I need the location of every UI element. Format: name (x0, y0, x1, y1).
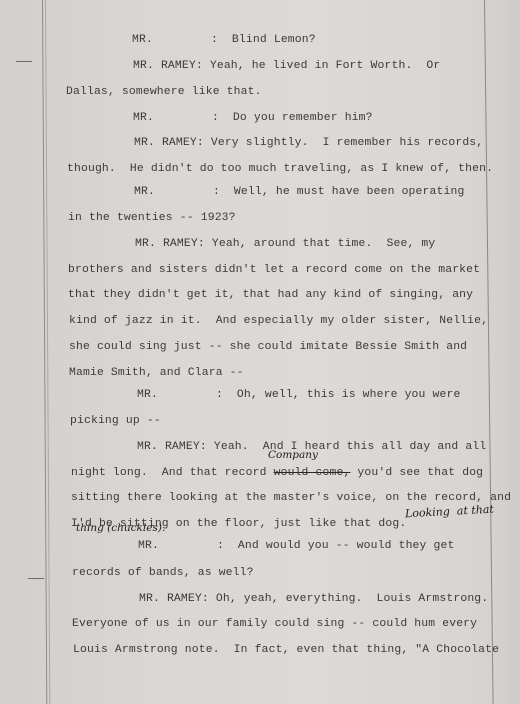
transcript-line: MR.: Well, he must have been operating (134, 186, 464, 198)
handwritten-note: Looking at that (405, 503, 494, 521)
speaker-label: MR. RAMEY: (134, 137, 204, 149)
transcript-line: MR.: Oh, well, this is where you were (137, 389, 460, 401)
margin-mark (16, 61, 32, 62)
transcript-line: she could sing just -- she could imitate… (69, 341, 467, 353)
transcript-line: Dallas, somewhere like that. (66, 86, 262, 98)
speech-text: Very slightly. I remember his records, (204, 137, 483, 149)
transcript-line: though. He didn't do too much traveling,… (67, 163, 493, 175)
speaker-label: MR. (138, 540, 159, 552)
speech-text: Yeah, around that time. See, my (205, 238, 436, 250)
struck-text: would come, (274, 467, 351, 479)
transcript-line: MR. RAMEY: Oh, yeah, everything. Louis A… (139, 593, 488, 605)
speech-text: : Well, he must have been operating (155, 186, 464, 198)
speech-text: Yeah. And I heard this all day and all (207, 441, 486, 453)
transcript-line: MR. RAMEY: Yeah, he lived in Fort Worth.… (133, 60, 440, 72)
transcript-line: in the twenties -- 1923? (68, 212, 236, 224)
speaker-label: MR. RAMEY: (137, 441, 207, 453)
speaker-label: MR. (132, 34, 153, 46)
speaker-label: MR. (133, 112, 154, 124)
speech-text: : Blind Lemon? (153, 34, 316, 46)
speaker-label: MR. (134, 186, 155, 198)
transcript-line: MR.: Do you remember him? (133, 112, 373, 124)
speaker-label: MR. RAMEY: (139, 593, 209, 605)
transcript-line: sitting there looking at the master's vo… (71, 492, 511, 504)
transcript-line: MR.: And would you -- would they get (138, 540, 454, 552)
transcript-line: records of bands, as well? (72, 567, 254, 579)
transcript-line: MR. RAMEY: Very slightly. I remember his… (134, 137, 483, 149)
speech-text: Yeah, he lived in Fort Worth. Or (203, 60, 441, 72)
handwritten-note-cont: thing (chuckles). (76, 522, 165, 534)
transcript-line: MR. RAMEY: Yeah, around that time. See, … (135, 238, 435, 250)
transcript-line: Louis Armstrong note. In fact, even that… (73, 644, 499, 656)
speech-text: : Do you remember him? (154, 112, 373, 124)
handwritten-insertion: Company (268, 449, 318, 461)
transcript-line: Everyone of us in our family could sing … (72, 618, 477, 630)
transcript-line: kind of jazz in it. And especially my ol… (69, 315, 488, 327)
speech-text: Oh, yeah, everything. Louis Armstrong. (209, 593, 488, 605)
speaker-label: MR. RAMEY: (133, 60, 203, 72)
speech-text: : And would you -- would they get (159, 540, 455, 552)
transcript-line: night long. And that record would come, … (71, 467, 483, 479)
transcript-line: brothers and sisters didn't let a record… (68, 264, 480, 276)
transcript-line: that they didn't get it, that had any ki… (68, 289, 473, 301)
transcript-line: picking up -- (70, 415, 161, 427)
transcript-line: MR.: Blind Lemon? (132, 34, 316, 46)
transcript-line: Mamie Smith, and Clara -- (69, 367, 244, 379)
speaker-label: MR. (137, 389, 158, 401)
speaker-label: MR. RAMEY: (135, 238, 205, 250)
speech-text: : Oh, well, this is where you were (158, 389, 461, 401)
margin-mark (28, 578, 44, 579)
scanned-page: MR.: Blind Lemon?MR. RAMEY: Yeah, he liv… (0, 0, 520, 704)
